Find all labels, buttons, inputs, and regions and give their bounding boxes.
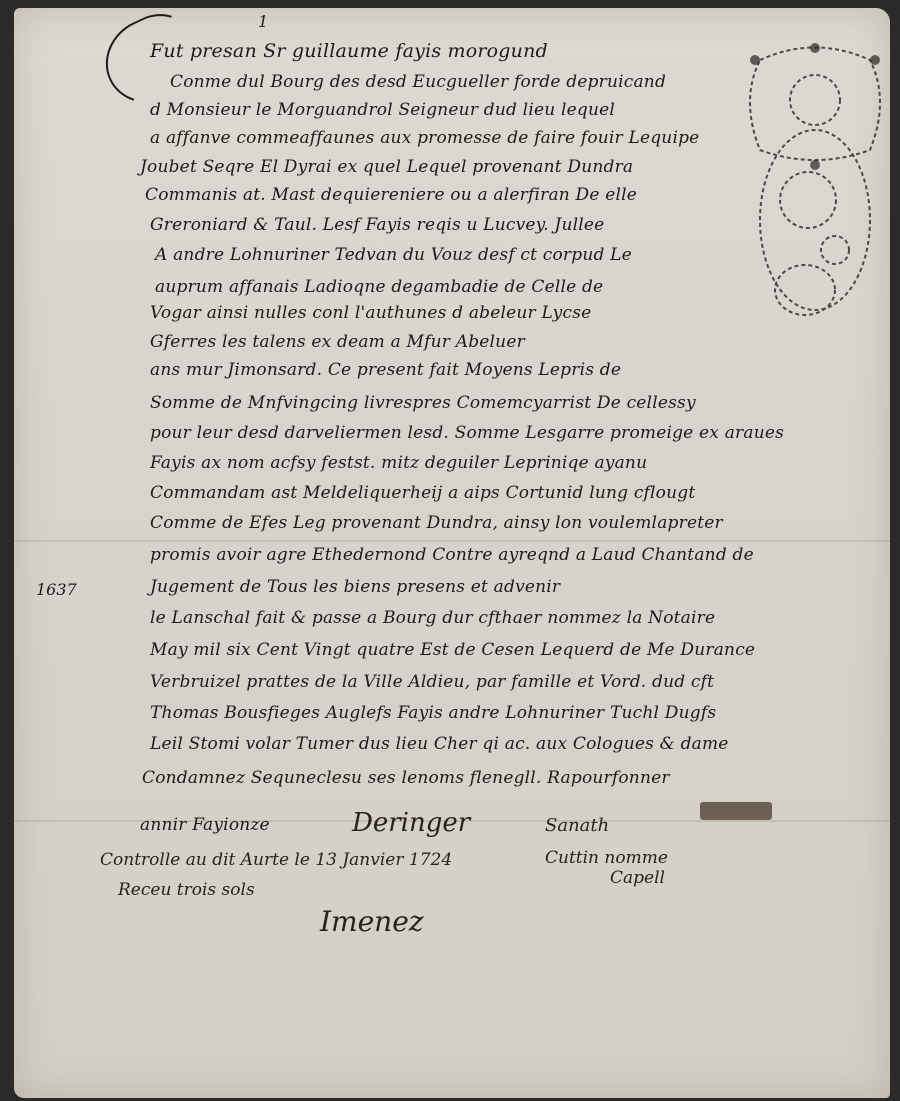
fee-note: Receu trois sols bbox=[118, 880, 255, 900]
document-line: a affanve commeaffaunes aux promesse de … bbox=[150, 128, 699, 148]
document-line: Comme de Efes Leg provenant Dundra, ains… bbox=[150, 513, 723, 533]
signature-sanath: Sanath bbox=[545, 815, 609, 836]
document-line: auprum affanais Ladioqne degambadie de C… bbox=[155, 277, 603, 297]
document-line: May mil six Cent Vingt quatre Est de Ces… bbox=[150, 640, 755, 660]
document-line: Commandam ast Meldeliquerheij a aips Cor… bbox=[150, 483, 695, 503]
document-line: Somme de Mnfvingcing livrespres Comemcya… bbox=[150, 393, 696, 413]
document-line: Condamnez Sequneclesu ses lenoms flenegl… bbox=[142, 768, 670, 788]
document-line: A andre Lohnuriner Tedvan du Vouz desf c… bbox=[155, 245, 632, 265]
document-line: Leil Stomi volar Tumer dus lieu Cher qi … bbox=[150, 734, 729, 754]
control-note: Controlle au dit Aurte le 13 Janvier 172… bbox=[100, 850, 452, 870]
margin-note: 1637 bbox=[36, 580, 77, 599]
document-line: promis avoir agre Ethedernond Contre ayr… bbox=[150, 545, 754, 565]
fold-line bbox=[14, 540, 890, 542]
document-line: Vogar ainsi nulles conl l'authunes d abe… bbox=[150, 303, 591, 323]
document-line: Verbruizel prattes de la Ville Aldieu, p… bbox=[150, 672, 714, 692]
document-line: annir Fayionze bbox=[140, 815, 270, 835]
signature-capell: Capell bbox=[610, 868, 665, 888]
signature-deringer: Deringer bbox=[352, 808, 470, 838]
document-line: le Lanschal fait & passe a Bourg dur cft… bbox=[150, 608, 715, 628]
document-line: Fayis ax nom acfsy festst. mitz deguiler… bbox=[150, 453, 647, 473]
signature-notary: Imenez bbox=[320, 905, 424, 938]
document-line: Greroniard & Taul. Lesf Fayis reqis u Lu… bbox=[150, 215, 604, 235]
tax-stamp-icon bbox=[740, 40, 890, 360]
document-line: Thomas Bousfieges Auglefs Fayis andre Lo… bbox=[150, 703, 716, 723]
document-line: Commanis at. Mast dequiereniere ou a ale… bbox=[145, 185, 637, 205]
document-line: pour leur desd darveliermen lesd. Somme … bbox=[150, 423, 784, 443]
page-number: 1 bbox=[258, 12, 268, 31]
document-line: Jugement de Tous les biens presens et ad… bbox=[150, 577, 560, 597]
document-line: Gferres les talens ex deam a Mfur Abelue… bbox=[150, 332, 525, 352]
document-line: Fut presan Sr guillaume fayis morogund bbox=[150, 40, 548, 62]
document-line: Joubet Seqre El Dyrai ex quel Lequel pro… bbox=[140, 157, 633, 177]
document-line: Conme dul Bourg des desd Eucgueller ford… bbox=[170, 72, 666, 92]
document-line: d Monsieur le Morguandrol Seigneur dud l… bbox=[150, 100, 615, 120]
signature-cuttin: Cuttin nomme bbox=[545, 848, 668, 868]
document-line: ans mur Jimonsard. Ce present fait Moyen… bbox=[150, 360, 621, 380]
ink-blot bbox=[700, 802, 772, 820]
